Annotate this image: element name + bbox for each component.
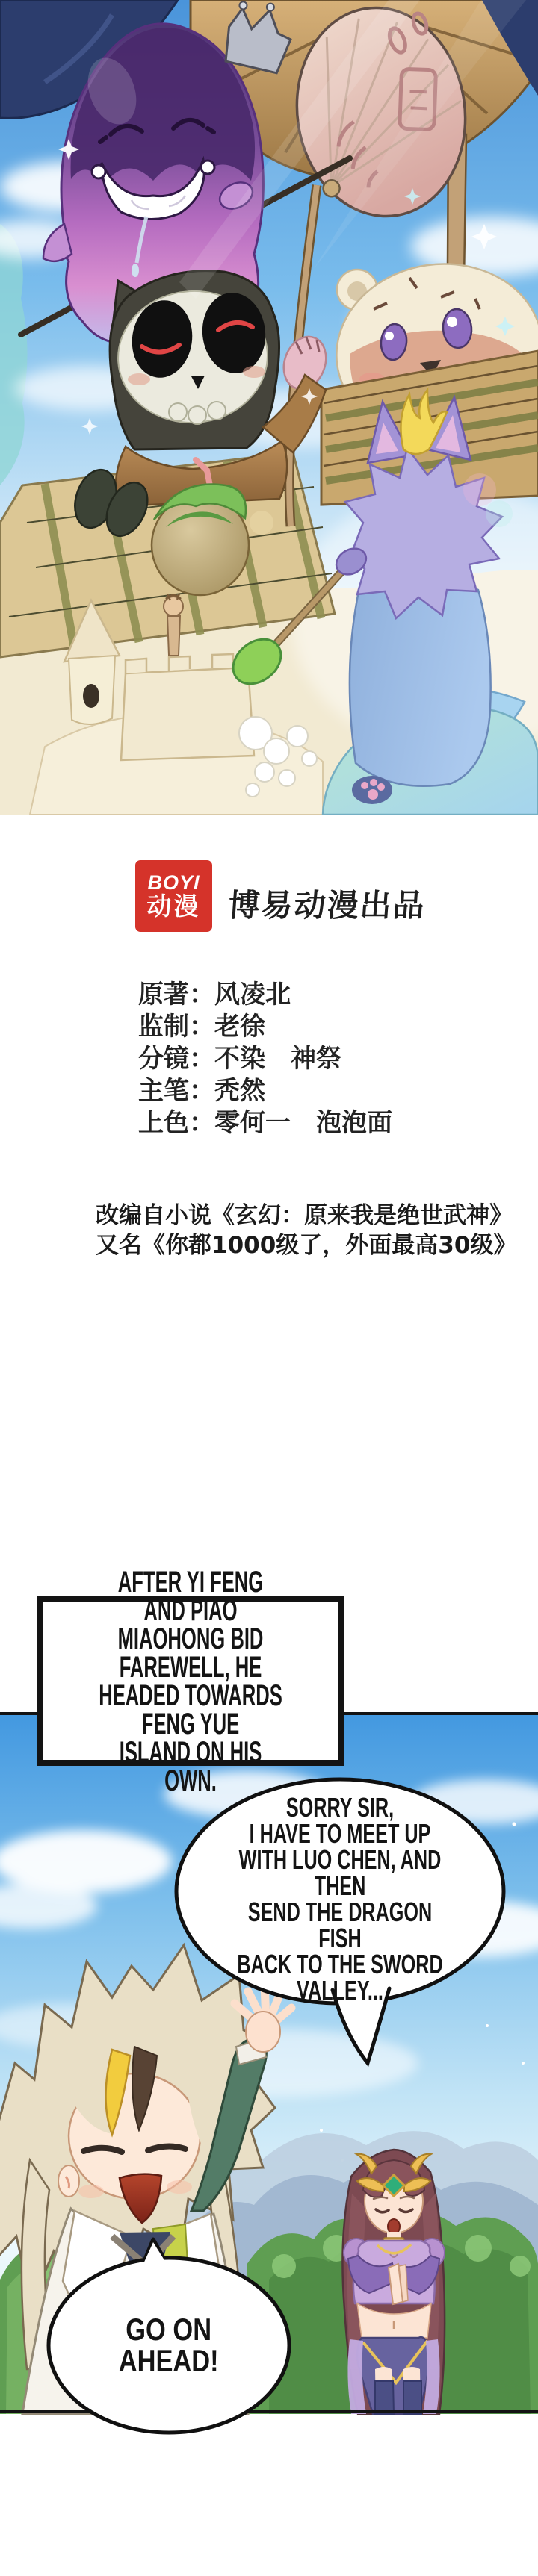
narration-box: AFTER YI FENG AND PIAO MIAOHONG BID FARE… (37, 1596, 344, 1766)
sorry-bubble-text: SORRY SIR, I HAVE TO MEET UP WITH LUO CH… (226, 1794, 454, 2003)
go-ahead-bubble-text: GO ON AHEAD! (119, 2314, 219, 2377)
production-credit: 博易动漫出品 (227, 881, 427, 926)
comic-page: BOYI 动漫 博易动漫出品 原著：风凌北 监制：老徐 分镜：不染 神祭 主笔：… (0, 0, 538, 2576)
logo-text-secondary: 动漫 (147, 893, 201, 920)
adaptation-note: 改编自小说《玄幻：原来我是绝世武神》 又名《你都1000级了，外面最高30级》 (96, 1201, 516, 1260)
narration-text: AFTER YI FENG AND PIAO MIAOHONG BID FARE… (96, 1568, 285, 1795)
go-ahead-bubble-text-area: GO ON AHEAD! (49, 2258, 289, 2433)
stocking-left (375, 2381, 394, 2414)
credit-line-supervisor: 监制：老徐 (138, 1011, 392, 1043)
adaptation-line-1: 改编自小说《玄幻：原来我是绝世武神》 (96, 1201, 516, 1231)
sorry-bubble-text-area: SORRY SIR, I HAVE TO MEET UP WITH LUO CH… (177, 1799, 503, 1998)
beach-panel-illustration (0, 0, 538, 815)
woman-character (342, 2150, 445, 2414)
stocking-right (403, 2381, 421, 2414)
credit-line-lead-artist: 主笔：秃然 (138, 1075, 392, 1107)
adaptation-line-2: 又名《你都1000级了，外面最高30级》 (96, 1231, 516, 1260)
logo-text-primary: BOYI (147, 872, 200, 893)
publisher-logo: BOYI 动漫 (135, 860, 212, 932)
credit-line-storyboard: 分镜：不染 神祭 (138, 1043, 392, 1075)
credit-line-coloring: 上色：零何一 泡泡面 (138, 1107, 392, 1139)
credit-line-author: 原著：风凌北 (138, 979, 392, 1011)
credits-block: 原著：风凌北 监制：老徐 分镜：不染 神祭 主笔：秃然 上色：零何一 泡泡面 (138, 979, 392, 1139)
